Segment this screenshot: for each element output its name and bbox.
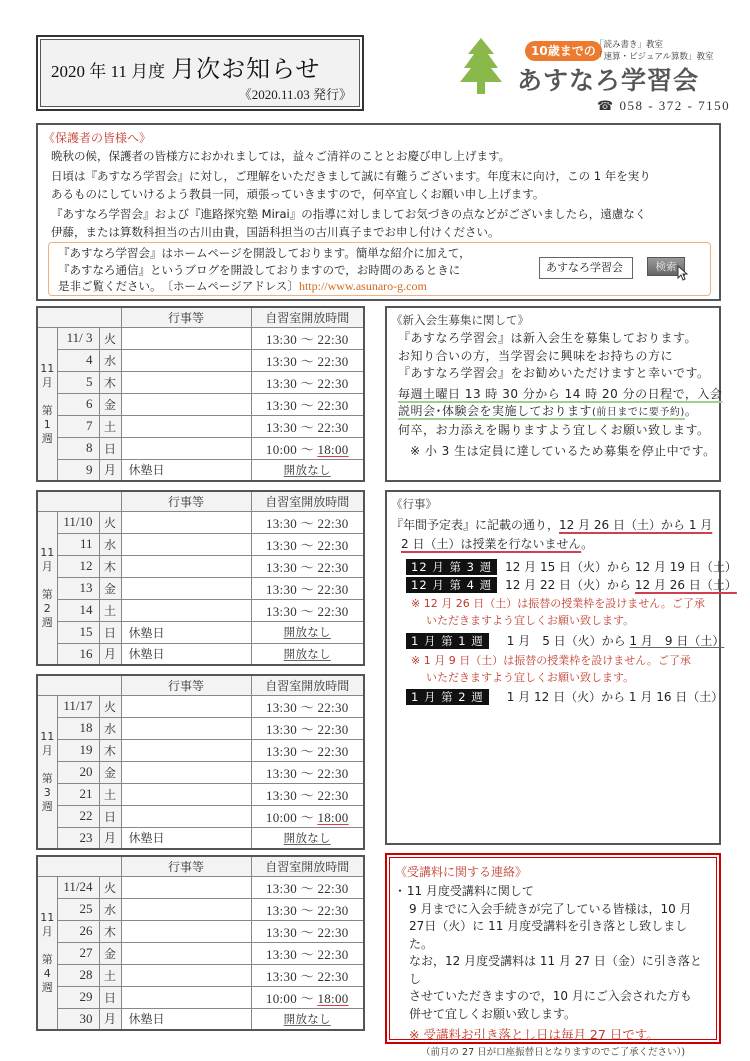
new-members-box: 《新入会生募集に関して》 『あすなろ学習会』は新入会生を募集しております。 お知… bbox=[385, 306, 721, 482]
table-row: 13 金 13:30 ～ 22:30 bbox=[37, 577, 364, 599]
time-cell: 13:30 ～ 22:30 bbox=[251, 783, 364, 805]
text-line: なお，12 月度受講料は 11 月 27 日（金）に引き落とし bbox=[409, 953, 711, 988]
event-item: 12 月 第 3 週12 月 15 日（火）から 12 月 19 日（土） bbox=[406, 558, 737, 575]
tree-icon bbox=[460, 38, 502, 94]
table-row: 9 月 休塾日 開放なし bbox=[37, 459, 364, 481]
fees-text: ･ 11 月度受講料に関して 9 月までに入会手続きが完了している皆様は，10 … bbox=[397, 883, 711, 1061]
time-cell: 開放なし bbox=[251, 827, 364, 849]
event-cell bbox=[121, 327, 251, 349]
event-cell bbox=[121, 393, 251, 415]
time-cell: 13:30 ～ 22:30 bbox=[251, 393, 364, 415]
text-line: ※ 小 3 生は定員に達しているため募集を停止中です。 bbox=[398, 443, 713, 461]
time-cell: 13:30 ～ 22:30 bbox=[251, 920, 364, 942]
search-input[interactable]: あすなろ学習会 bbox=[539, 257, 633, 279]
time-cell: 13:30 ～ 22:30 bbox=[251, 511, 364, 533]
time-cell: 13:30 ～ 22:30 bbox=[251, 577, 364, 599]
text-line: お知り合いの方，当学習会に興味をお持ちの方に bbox=[398, 348, 713, 366]
week-3-table: 行事等 自習室開放時間 11月第3週 11/17 火 13:30 ～ 22:30… bbox=[36, 674, 365, 850]
event-note: ※ 12 月 26 日（土）は振替の授業枠を設けません。ご了承 いただきますよう… bbox=[411, 595, 705, 629]
table-row: 29 日 10:00 ～ 18:00 bbox=[37, 986, 364, 1008]
logo-name: あすなろ学習会 bbox=[517, 61, 699, 97]
table-row: 27 金 13:30 ～ 22:30 bbox=[37, 942, 364, 964]
event-week-tag: 12 月 第 4 週 bbox=[406, 577, 497, 593]
date-cell: 14 bbox=[57, 599, 99, 621]
weekday-cell: 木 bbox=[99, 920, 121, 942]
table-row: 8 日 10:00 ～ 18:00 bbox=[37, 437, 364, 459]
text-line: 何卒，お力添えを賜りますよう宜しくお願い致します。 bbox=[398, 422, 713, 440]
time-cell: 開放なし bbox=[251, 643, 364, 665]
event-cell: 休塾日 bbox=[121, 621, 251, 643]
time-cell: 13:30 ～ 22:30 bbox=[251, 349, 364, 371]
event-range: 12 月 15 日（火）から 12 月 19 日（土） bbox=[505, 560, 737, 574]
phone-number: ☎ 058 - 372 - 7150 bbox=[597, 98, 730, 114]
event-cell bbox=[121, 805, 251, 827]
header-time: 自習室開放時間 bbox=[251, 856, 364, 876]
table-row: 28 土 13:30 ～ 22:30 bbox=[37, 964, 364, 986]
event-cell bbox=[121, 371, 251, 393]
date-cell: 28 bbox=[57, 964, 99, 986]
weekday-cell: 土 bbox=[99, 783, 121, 805]
date-cell: 15 bbox=[57, 621, 99, 643]
homepage-url-link[interactable]: http://www.asunaro-g.com bbox=[299, 279, 427, 293]
table-row: 25 水 13:30 ～ 22:30 bbox=[37, 898, 364, 920]
weekday-cell: 土 bbox=[99, 964, 121, 986]
table-row: 12 木 13:30 ～ 22:30 bbox=[37, 555, 364, 577]
event-cell bbox=[121, 577, 251, 599]
date-cell: 25 bbox=[57, 898, 99, 920]
time-cell: 13:30 ～ 22:30 bbox=[251, 415, 364, 437]
date-cell: 11/24 bbox=[57, 876, 99, 898]
event-range: 1 月 12 日（火）から 1 月 16 日（土） bbox=[507, 690, 724, 704]
time-cell: 13:30 ～ 22:30 bbox=[251, 371, 364, 393]
date-cell: 11/10 bbox=[57, 511, 99, 533]
date-cell: 9 bbox=[57, 459, 99, 481]
text-line: 『あすなろ学習会』は新入会生を募集しております。 bbox=[398, 330, 713, 348]
table-row: 6 金 13:30 ～ 22:30 bbox=[37, 393, 364, 415]
time-cell: 13:30 ～ 22:30 bbox=[251, 327, 364, 349]
new-members-heading: 《新入会生募集に関して》 bbox=[391, 312, 529, 328]
weekday-cell: 火 bbox=[99, 511, 121, 533]
event-cell: 休塾日 bbox=[121, 1008, 251, 1030]
parents-paragraph: 『あすなろ学習会』および『進路探究塾 Mirai』の指導に対しましてお気づきの点… bbox=[51, 205, 711, 223]
events-intro: 『年間予定表』に記載の通り，12 月 26 日（土）から 1 月 2 日（土）は… bbox=[391, 516, 715, 554]
time-cell: 13:30 ～ 22:30 bbox=[251, 964, 364, 986]
issue-date: 《2020.11.03 発行》 bbox=[239, 84, 352, 103]
table-row: 23 月 休塾日 開放なし bbox=[37, 827, 364, 849]
table-row: 19 木 13:30 ～ 22:30 bbox=[37, 739, 364, 761]
time-cell: 13:30 ～ 22:30 bbox=[251, 695, 364, 717]
table-row: 5 木 13:30 ～ 22:30 bbox=[37, 371, 364, 393]
event-cell bbox=[121, 695, 251, 717]
header-blank bbox=[37, 491, 121, 511]
homepage-text: 『あすなろ学習会』はホームページを開設しております。簡単な紹介に加えて， 『あす… bbox=[58, 245, 471, 295]
header-blank bbox=[37, 675, 121, 695]
table-row: 11 水 13:30 ～ 22:30 bbox=[37, 533, 364, 555]
event-item: 1 月 第 2 週1 月 12 日（火）から 1 月 16 日（土） bbox=[406, 688, 723, 705]
date-cell: 11/ 3 bbox=[57, 327, 99, 349]
event-cell bbox=[121, 986, 251, 1008]
time-cell: 13:30 ～ 22:30 bbox=[251, 876, 364, 898]
date-cell: 11/17 bbox=[57, 695, 99, 717]
date-cell: 18 bbox=[57, 717, 99, 739]
date-cell: 7 bbox=[57, 415, 99, 437]
text-line: 『あすなろ学習会』をお勧めいただけますと幸いです。 bbox=[398, 365, 713, 383]
table-row: 14 土 13:30 ～ 22:30 bbox=[37, 599, 364, 621]
event-cell bbox=[121, 555, 251, 577]
homepage-box: 『あすなろ学習会』はホームページを開設しております。簡単な紹介に加えて， 『あす… bbox=[48, 242, 711, 296]
fees-highlight: ※ 受講料お引き落とし日は毎月 27 日です。 bbox=[409, 1026, 711, 1044]
date-cell: 27 bbox=[57, 942, 99, 964]
header-blank bbox=[37, 856, 121, 876]
time-cell: 13:30 ～ 22:30 bbox=[251, 599, 364, 621]
logo-subtitle: 「読み書き」教室 「速算・ビジュアル算数」教室 bbox=[595, 39, 714, 63]
parents-paragraph: 伊藤，または算数科担当の古川由貴，国語科担当の古川真子までお申し付けください。 bbox=[51, 223, 711, 241]
date-cell: 11 bbox=[57, 533, 99, 555]
weekday-cell: 金 bbox=[99, 942, 121, 964]
weekday-cell: 日 bbox=[99, 986, 121, 1008]
time-cell: 13:30 ～ 22:30 bbox=[251, 761, 364, 783]
event-cell bbox=[121, 415, 251, 437]
date-cell: 29 bbox=[57, 986, 99, 1008]
title-main: 月次お知らせ bbox=[171, 55, 320, 83]
events-heading: 《行事》 bbox=[391, 496, 437, 512]
time-cell: 開放なし bbox=[251, 621, 364, 643]
date-cell: 20 bbox=[57, 761, 99, 783]
weekday-cell: 水 bbox=[99, 898, 121, 920]
weekday-cell: 月 bbox=[99, 643, 121, 665]
date-cell: 4 bbox=[57, 349, 99, 371]
time-cell: 10:00 ～ 18:00 bbox=[251, 437, 364, 459]
header-time: 自習室開放時間 bbox=[251, 675, 364, 695]
parents-notice: 《保護者の皆様へ》 晩秋の候，保護者の皆様方におかれましては，益々ご清祥のことと… bbox=[36, 123, 721, 301]
weekday-cell: 金 bbox=[99, 577, 121, 599]
week-4-table: 行事等 自習室開放時間 11月第4週 11/24 火 13:30 ～ 22:30… bbox=[36, 855, 365, 1031]
weekday-cell: 日 bbox=[99, 805, 121, 827]
table-row: 11月第3週 11/17 火 13:30 ～ 22:30 bbox=[37, 695, 364, 717]
header-time: 自習室開放時間 bbox=[251, 491, 364, 511]
text-line: 毎週土曜日 13 時 30 分から 14 時 20 分の日程で，入会 bbox=[398, 386, 713, 404]
weekday-cell: 金 bbox=[99, 761, 121, 783]
table-row: 11月第1週 11/ 3 火 13:30 ～ 22:30 bbox=[37, 327, 364, 349]
event-cell bbox=[121, 761, 251, 783]
weekday-cell: 火 bbox=[99, 695, 121, 717]
weekday-cell: 土 bbox=[99, 599, 121, 621]
parents-text: 晩秋の候，保護者の皆様方におかれましては，益々ご清祥のこととお慶び申し上げます。… bbox=[51, 147, 711, 243]
event-item: 12 月 第 4 週12 月 22 日（火）から 12 月 26 日（土） bbox=[406, 576, 737, 593]
table-row: 11月第4週 11/24 火 13:30 ～ 22:30 bbox=[37, 876, 364, 898]
event-cell bbox=[121, 920, 251, 942]
title-box: 2020 年 11 月度月次お知らせ 《2020.11.03 発行》 bbox=[36, 35, 364, 111]
table-row: 7 土 13:30 ～ 22:30 bbox=[37, 415, 364, 437]
week-2-table: 行事等 自習室開放時間 11月第2週 11/10 火 13:30 ～ 22:30… bbox=[36, 490, 365, 666]
table-row: 30 月 休塾日 開放なし bbox=[37, 1008, 364, 1030]
weekday-cell: 月 bbox=[99, 827, 121, 849]
parents-paragraph: 日頃は『あすなろ学習会』に対し，ご理解をいただきまして誠に有難うございます。年度… bbox=[51, 167, 711, 185]
event-week-tag: 1 月 第 2 週 bbox=[406, 689, 489, 705]
homepage-line: 『あすなろ学習会』はホームページを開設しております。簡単な紹介に加えて， bbox=[58, 245, 471, 262]
event-cell bbox=[121, 349, 251, 371]
homepage-line: 是非ご覧ください。 〔ホームページアドレス〕 bbox=[58, 279, 299, 293]
events-box: 《行事》 『年間予定表』に記載の通り，12 月 26 日（土）から 1 月 2 … bbox=[385, 490, 721, 845]
time-cell: 13:30 ～ 22:30 bbox=[251, 898, 364, 920]
event-cell bbox=[121, 876, 251, 898]
logo: 10歳までの 「読み書き」教室 「速算・ビジュアル算数」教室 あすなろ学習会 ☎… bbox=[455, 30, 730, 115]
event-cell bbox=[121, 533, 251, 555]
event-cell bbox=[121, 898, 251, 920]
weekday-cell: 水 bbox=[99, 349, 121, 371]
event-week-tag: 1 月 第 1 週 bbox=[406, 633, 489, 649]
date-cell: 19 bbox=[57, 739, 99, 761]
time-cell: 10:00 ～ 18:00 bbox=[251, 805, 364, 827]
date-cell: 12 bbox=[57, 555, 99, 577]
cursor-icon bbox=[677, 265, 689, 281]
new-members-text: 『あすなろ学習会』は新入会生を募集しております。 お知り合いの方，当学習会に興味… bbox=[398, 330, 713, 461]
table-row: 15 日 休塾日 開放なし bbox=[37, 621, 364, 643]
fees-bullet: ･ 11 月度受講料に関して bbox=[397, 883, 711, 901]
table-row: 22 日 10:00 ～ 18:00 bbox=[37, 805, 364, 827]
header-event: 行事等 bbox=[121, 856, 251, 876]
event-cell bbox=[121, 964, 251, 986]
page-title: 2020 年 11 月度月次お知らせ bbox=[51, 49, 320, 84]
table-row: 18 水 13:30 ～ 22:30 bbox=[37, 717, 364, 739]
date-cell: 26 bbox=[57, 920, 99, 942]
title-prefix: 2020 年 11 月度 bbox=[51, 62, 165, 81]
homepage-line: 『あすなろ通信』というブログを開設しておりますので，お時間のあるときに bbox=[58, 262, 471, 279]
header-blank bbox=[37, 307, 121, 327]
event-cell bbox=[121, 717, 251, 739]
week-label: 11月第3週 bbox=[37, 695, 57, 849]
parents-paragraph: 晩秋の候，保護者の皆様方におかれましては，益々ご清祥のこととお慶び申し上げます。 bbox=[51, 147, 711, 165]
header-time: 自習室開放時間 bbox=[251, 307, 364, 327]
date-cell: 6 bbox=[57, 393, 99, 415]
date-cell: 23 bbox=[57, 827, 99, 849]
weekday-cell: 水 bbox=[99, 717, 121, 739]
event-cell: 休塾日 bbox=[121, 643, 251, 665]
date-cell: 8 bbox=[57, 437, 99, 459]
time-cell: 開放なし bbox=[251, 459, 364, 481]
date-cell: 30 bbox=[57, 1008, 99, 1030]
time-cell: 13:30 ～ 22:30 bbox=[251, 555, 364, 577]
weekday-cell: 日 bbox=[99, 437, 121, 459]
weekday-cell: 日 bbox=[99, 621, 121, 643]
table-row: 11月第2週 11/10 火 13:30 ～ 22:30 bbox=[37, 511, 364, 533]
date-cell: 22 bbox=[57, 805, 99, 827]
text-line: 併せて宜しくお願い致します。 bbox=[409, 1006, 711, 1024]
event-week-tag: 12 月 第 3 週 bbox=[406, 559, 497, 575]
text-line: 9 月までに入会手続きが完了している皆様は，10 月 bbox=[409, 901, 711, 919]
event-cell bbox=[121, 783, 251, 805]
time-cell: 13:30 ～ 22:30 bbox=[251, 533, 364, 555]
parents-heading: 《保護者の皆様へ》 bbox=[43, 129, 151, 146]
event-cell bbox=[121, 599, 251, 621]
date-cell: 13 bbox=[57, 577, 99, 599]
time-cell: 10:00 ～ 18:00 bbox=[251, 986, 364, 1008]
logo-badge: 10歳までの bbox=[525, 41, 602, 61]
header-event: 行事等 bbox=[121, 675, 251, 695]
time-cell: 13:30 ～ 22:30 bbox=[251, 717, 364, 739]
time-cell: 13:30 ～ 22:30 bbox=[251, 942, 364, 964]
text-line: (前日までに要予約) bbox=[592, 407, 685, 418]
event-cell bbox=[121, 437, 251, 459]
weekday-cell: 火 bbox=[99, 327, 121, 349]
table-row: 4 水 13:30 ～ 22:30 bbox=[37, 349, 364, 371]
header-event: 行事等 bbox=[121, 307, 251, 327]
logo-sub-line1: 「読み書き」教室 bbox=[595, 39, 714, 51]
event-cell: 休塾日 bbox=[121, 827, 251, 849]
event-range: 12 月 22 日（火）から bbox=[505, 578, 635, 592]
event-item: 1 月 第 1 週1 月 5 日（火）から 1 月 9 日（土） bbox=[406, 632, 724, 649]
week-1-table: 行事等 自習室開放時間 11月第1週 11/ 3 火 13:30 ～ 22:30… bbox=[36, 306, 365, 482]
weekday-cell: 土 bbox=[99, 415, 121, 437]
fees-footnote: （前月の 27 日が口座振替日となりますのでご了承ください）) bbox=[409, 1044, 711, 1061]
time-cell: 13:30 ～ 22:30 bbox=[251, 739, 364, 761]
week-label: 11月第1週 bbox=[37, 327, 57, 481]
fees-heading: 《受講料に関する連絡》 bbox=[395, 863, 527, 880]
table-row: 21 土 13:30 ～ 22:30 bbox=[37, 783, 364, 805]
weekday-cell: 木 bbox=[99, 555, 121, 577]
event-cell bbox=[121, 739, 251, 761]
event-note: ※ 1 月 9 日（土）は振替の授業枠を設けません。ご了承 いただきますよう宜し… bbox=[411, 652, 691, 686]
weekday-cell: 月 bbox=[99, 1008, 121, 1030]
weekday-cell: 水 bbox=[99, 533, 121, 555]
text-line: 27日（火）に 11 月度受講料を引き落とし致しました。 bbox=[409, 918, 711, 953]
time-cell: 開放なし bbox=[251, 1008, 364, 1030]
header-event: 行事等 bbox=[121, 491, 251, 511]
parents-paragraph: あるものにしていけるよう教員一同，頑張っていきますので，何卒宜しくお願い申し上げ… bbox=[51, 185, 711, 203]
fees-box: 《受講料に関する連絡》 ･ 11 月度受講料に関して 9 月までに入会手続きが完… bbox=[385, 853, 721, 1044]
date-cell: 5 bbox=[57, 371, 99, 393]
date-cell: 16 bbox=[57, 643, 99, 665]
date-cell: 21 bbox=[57, 783, 99, 805]
table-row: 16 月 休塾日 開放なし bbox=[37, 643, 364, 665]
event-cell bbox=[121, 511, 251, 533]
weekday-cell: 火 bbox=[99, 876, 121, 898]
text-line: させていただきますので，10 月にご入会された方も bbox=[409, 988, 711, 1006]
event-cell: 休塾日 bbox=[121, 459, 251, 481]
text-line: 説明会･体験会を実施しております bbox=[398, 404, 592, 418]
event-cell bbox=[121, 942, 251, 964]
table-row: 26 木 13:30 ～ 22:30 bbox=[37, 920, 364, 942]
week-label: 11月第2週 bbox=[37, 511, 57, 665]
weekday-cell: 木 bbox=[99, 371, 121, 393]
weekday-cell: 月 bbox=[99, 459, 121, 481]
event-range: 1 月 5 日（火）から bbox=[507, 634, 630, 648]
weekday-cell: 金 bbox=[99, 393, 121, 415]
table-row: 20 金 13:30 ～ 22:30 bbox=[37, 761, 364, 783]
weekday-cell: 木 bbox=[99, 739, 121, 761]
week-label: 11月第4週 bbox=[37, 876, 57, 1030]
